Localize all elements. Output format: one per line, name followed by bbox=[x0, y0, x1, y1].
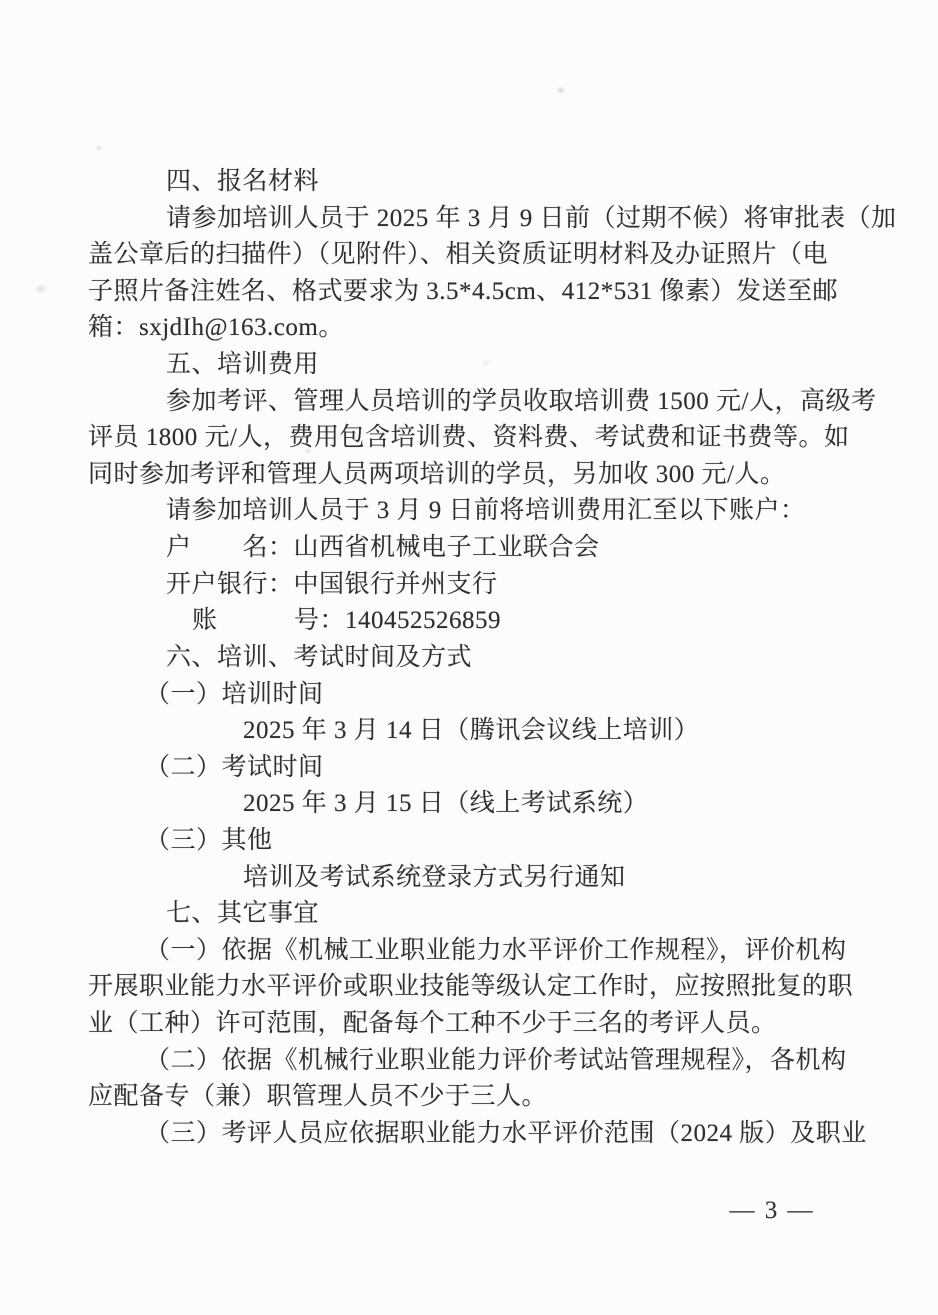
item-7-1-line: （一）依据《机械工业职业能力水平评价工作规程》，评价机构 bbox=[88, 933, 878, 970]
paragraph-line: 参加考评、管理人员培训的学员收取培训费 1500 元/人，高级考 bbox=[88, 384, 878, 421]
scan-artifact bbox=[558, 88, 564, 93]
paragraph-line: 应配备专（兼）职管理人员不少于三人。 bbox=[88, 1079, 878, 1116]
account-number-line: 账 号：140452526859 bbox=[88, 603, 878, 640]
notice-line: 培训及考试系统登录方式另行通知 bbox=[88, 860, 878, 897]
paragraph-line: 评员 1800 元/人，费用包含培训费、资料费、考试费和证书费等。如 bbox=[88, 420, 878, 457]
paragraph-line: 开展职业能力水平评价或职业技能等级认定工作时，应按照批复的职 bbox=[88, 969, 878, 1006]
document-body: 四、报名材料 请参加培训人员于 2025 年 3 月 9 日前（过期不候）将审批… bbox=[88, 164, 878, 1152]
scan-artifact bbox=[97, 146, 101, 150]
scan-artifact bbox=[36, 286, 46, 292]
section-6-heading: 六、培训、考试时间及方式 bbox=[88, 640, 878, 677]
paragraph-line: 请参加培训人员于 3 月 9 日前将培训费用汇至以下账户： bbox=[88, 493, 878, 530]
item-7-3-line: （三）考评人员应依据职业能力水平评价范围（2024 版）及职业 bbox=[88, 1116, 878, 1153]
paragraph-line: 盖公章后的扫描件）（见附件）、相关资质证明材料及办证照片（电 bbox=[88, 237, 878, 274]
item-7-2-line: （二）依据《机械行业职业能力评价考试站管理规程》，各机构 bbox=[88, 1043, 878, 1080]
section-7-heading: 七、其它事宜 bbox=[88, 896, 878, 933]
paragraph-line: 请参加培训人员于 2025 年 3 月 9 日前（过期不候）将审批表（加 bbox=[88, 201, 878, 238]
paragraph-line: 业（工种）许可范围，配备每个工种不少于三名的考评人员。 bbox=[88, 1006, 878, 1043]
section-4-heading: 四、报名材料 bbox=[88, 164, 878, 201]
page-number: — 3 — bbox=[712, 1196, 832, 1226]
item-6-1-heading: （一）培训时间 bbox=[88, 677, 878, 714]
paragraph-line: 同时参加考评和管理人员两项培训的学员，另加收 300 元/人。 bbox=[88, 457, 878, 494]
item-6-3-heading: （三）其他 bbox=[88, 823, 878, 860]
account-holder-line: 户 名：山西省机械电子工业联合会 bbox=[88, 530, 878, 567]
paragraph-line: 子照片备注姓名、格式要求为 3.5*4.5cm、412*531 像素）发送至邮 bbox=[88, 274, 878, 311]
bank-line: 开户银行：中国银行并州支行 bbox=[88, 567, 878, 604]
training-date-line: 2025 年 3 月 14 日（腾讯会议线上培训） bbox=[88, 713, 878, 750]
section-5-heading: 五、培训费用 bbox=[88, 347, 878, 384]
item-6-2-heading: （二）考试时间 bbox=[88, 750, 878, 787]
document-page: 四、报名材料 请参加培训人员于 2025 年 3 月 9 日前（过期不候）将审批… bbox=[0, 0, 938, 1315]
email-line: 箱：sxjdIh@163.com。 bbox=[88, 310, 878, 347]
exam-date-line: 2025 年 3 月 15 日（线上考试系统） bbox=[88, 786, 878, 823]
